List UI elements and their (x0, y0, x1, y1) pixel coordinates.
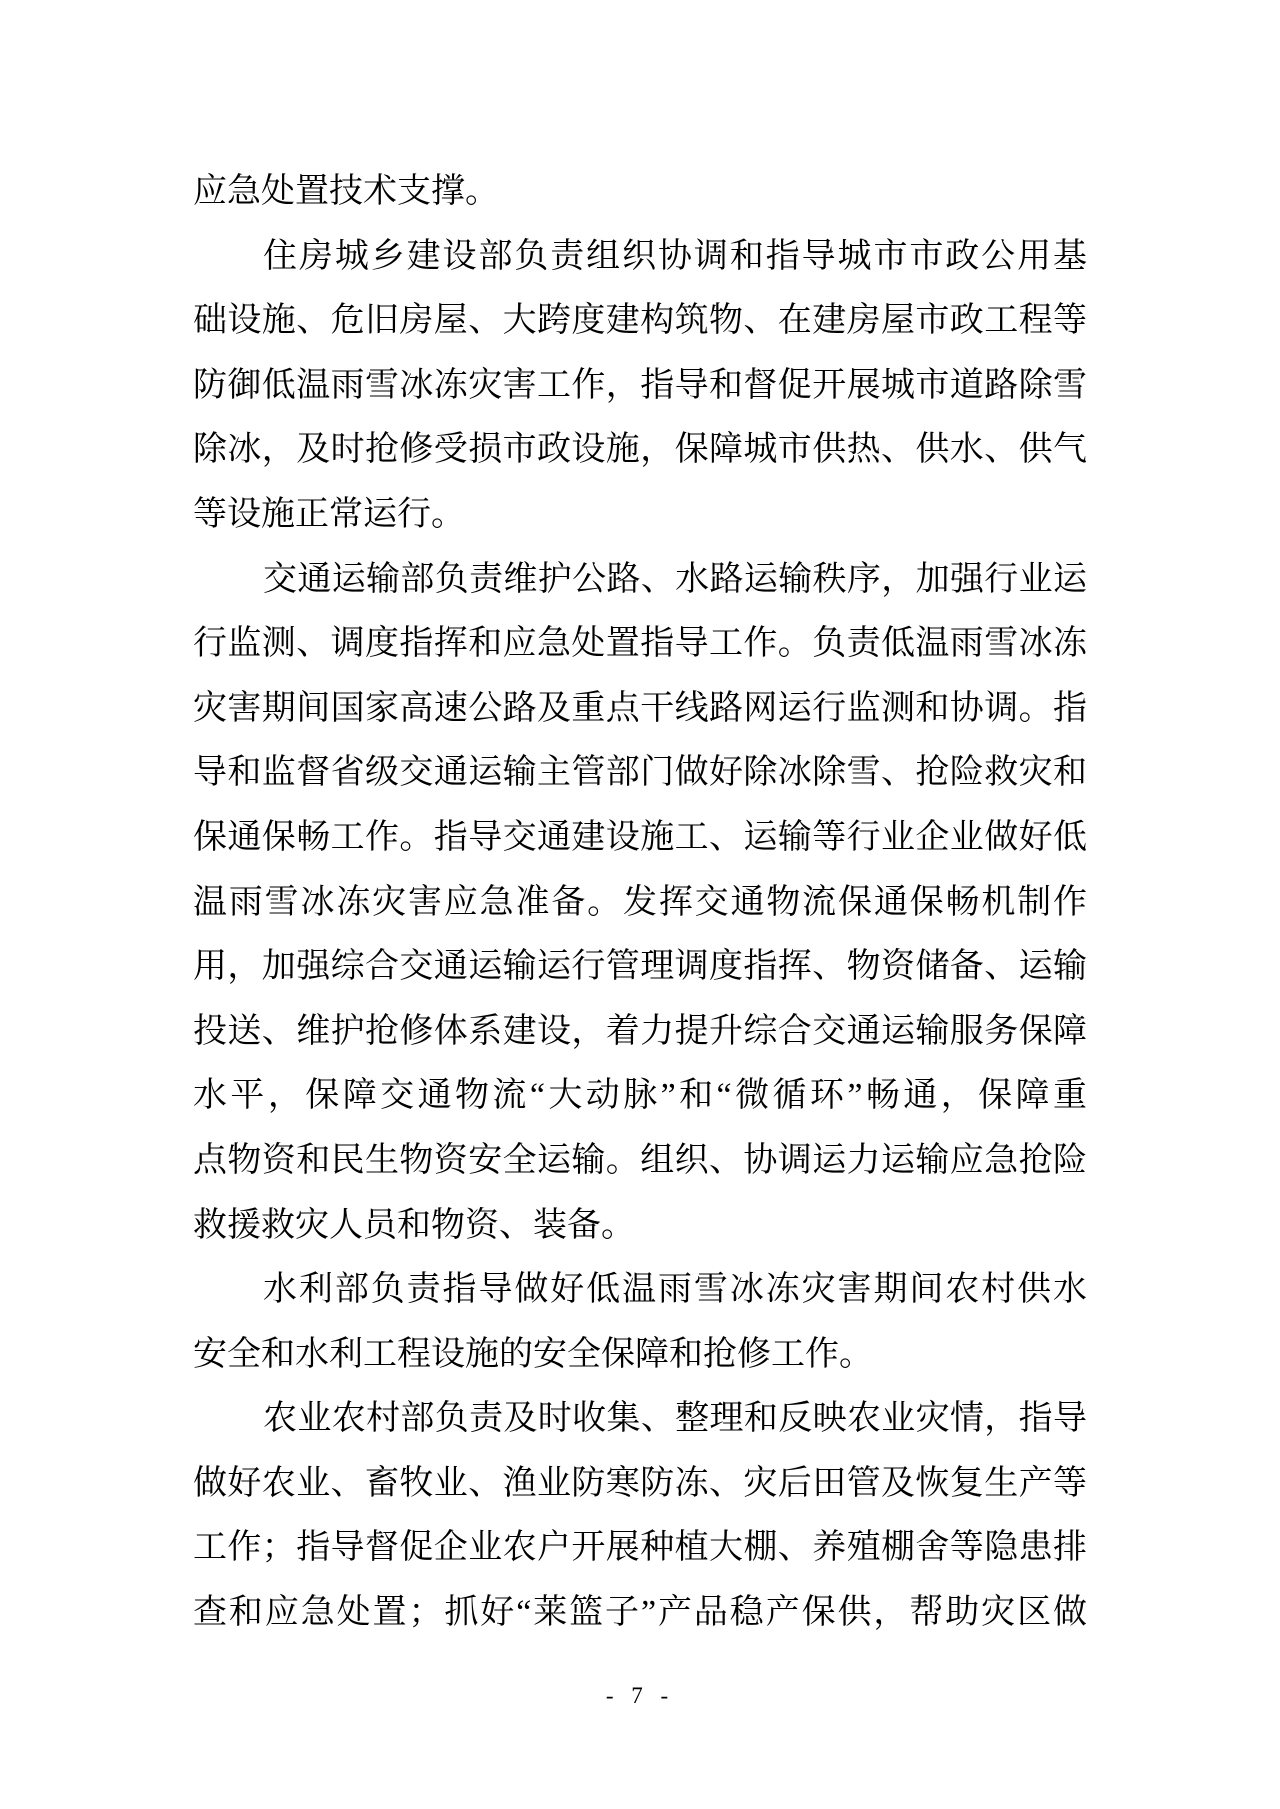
text-line-14: 投送、维护抢修体系建设，着力提升综合交通运输服务保障 (193, 1000, 1087, 1065)
text-line-17: 救援救灾人员和物资、装备。 (193, 1194, 1087, 1259)
text-line-7: 交通运输部负责维护公路、水路运输秩序，加强行业运 (193, 548, 1087, 613)
document-page: 应急处置技术支撑。住房城乡建设部负责组织协调和指导城市市政公用基础设施、危旧房屋… (0, 0, 1280, 1809)
text-line-9: 灾害期间国家高速公路及重点干线路网运行监测和协调。指 (193, 677, 1087, 742)
text-line-20: 农业农村部负责及时收集、整理和反映农业灾情，指导 (193, 1387, 1087, 1452)
document-body: 应急处置技术支撑。住房城乡建设部负责组织协调和指导城市市政公用基础设施、危旧房屋… (193, 160, 1087, 1646)
text-line-11: 保通保畅工作。指导交通建设施工、运输等行业企业做好低 (193, 806, 1087, 871)
text-line-19: 安全和水利工程设施的安全保障和抢修工作。 (193, 1323, 1087, 1388)
text-line-4: 防御低温雨雪冰冻灾害工作，指导和督促开展城市道路除雪 (193, 354, 1087, 419)
page-number: - 7 - (606, 1683, 674, 1708)
text-line-23: 查和应急处置；抓好“莱篮子”产品稳产保供，帮助灾区做 (193, 1581, 1087, 1646)
text-line-2: 住房城乡建设部负责组织协调和指导城市市政公用基 (193, 225, 1087, 290)
text-line-10: 导和监督省级交通运输主管部门做好除冰除雪、抢险救灾和 (193, 741, 1087, 806)
text-line-6: 等设施正常运行。 (193, 483, 1087, 548)
text-line-21: 做好农业、畜牧业、渔业防寒防冻、灾后田管及恢复生产等 (193, 1452, 1087, 1517)
text-line-8: 行监测、调度指挥和应急处置指导工作。负责低温雨雪冰冻 (193, 612, 1087, 677)
text-line-1: 应急处置技术支撑。 (193, 160, 1087, 225)
text-line-18: 水利部负责指导做好低温雨雪冰冻灾害期间农村供水 (193, 1258, 1087, 1323)
text-line-5: 除冰，及时抢修受损市政设施，保障城市供热、供水、供气 (193, 418, 1087, 483)
text-line-3: 础设施、危旧房屋、大跨度建构筑物、在建房屋市政工程等 (193, 289, 1087, 354)
text-line-15: 水平，保障交通物流“大动脉”和“微循环”畅通，保障重 (193, 1064, 1087, 1129)
text-line-12: 温雨雪冰冻灾害应急准备。发挥交通物流保通保畅机制作 (193, 871, 1087, 936)
text-line-13: 用，加强综合交通运输运行管理调度指挥、物资储备、运输 (193, 935, 1087, 1000)
page-footer: - 7 - (0, 1682, 1280, 1710)
text-line-22: 工作；指导督促企业农户开展种植大棚、养殖棚舍等隐患排 (193, 1516, 1087, 1581)
text-line-16: 点物资和民生物资安全运输。组织、协调运力运输应急抢险 (193, 1129, 1087, 1194)
